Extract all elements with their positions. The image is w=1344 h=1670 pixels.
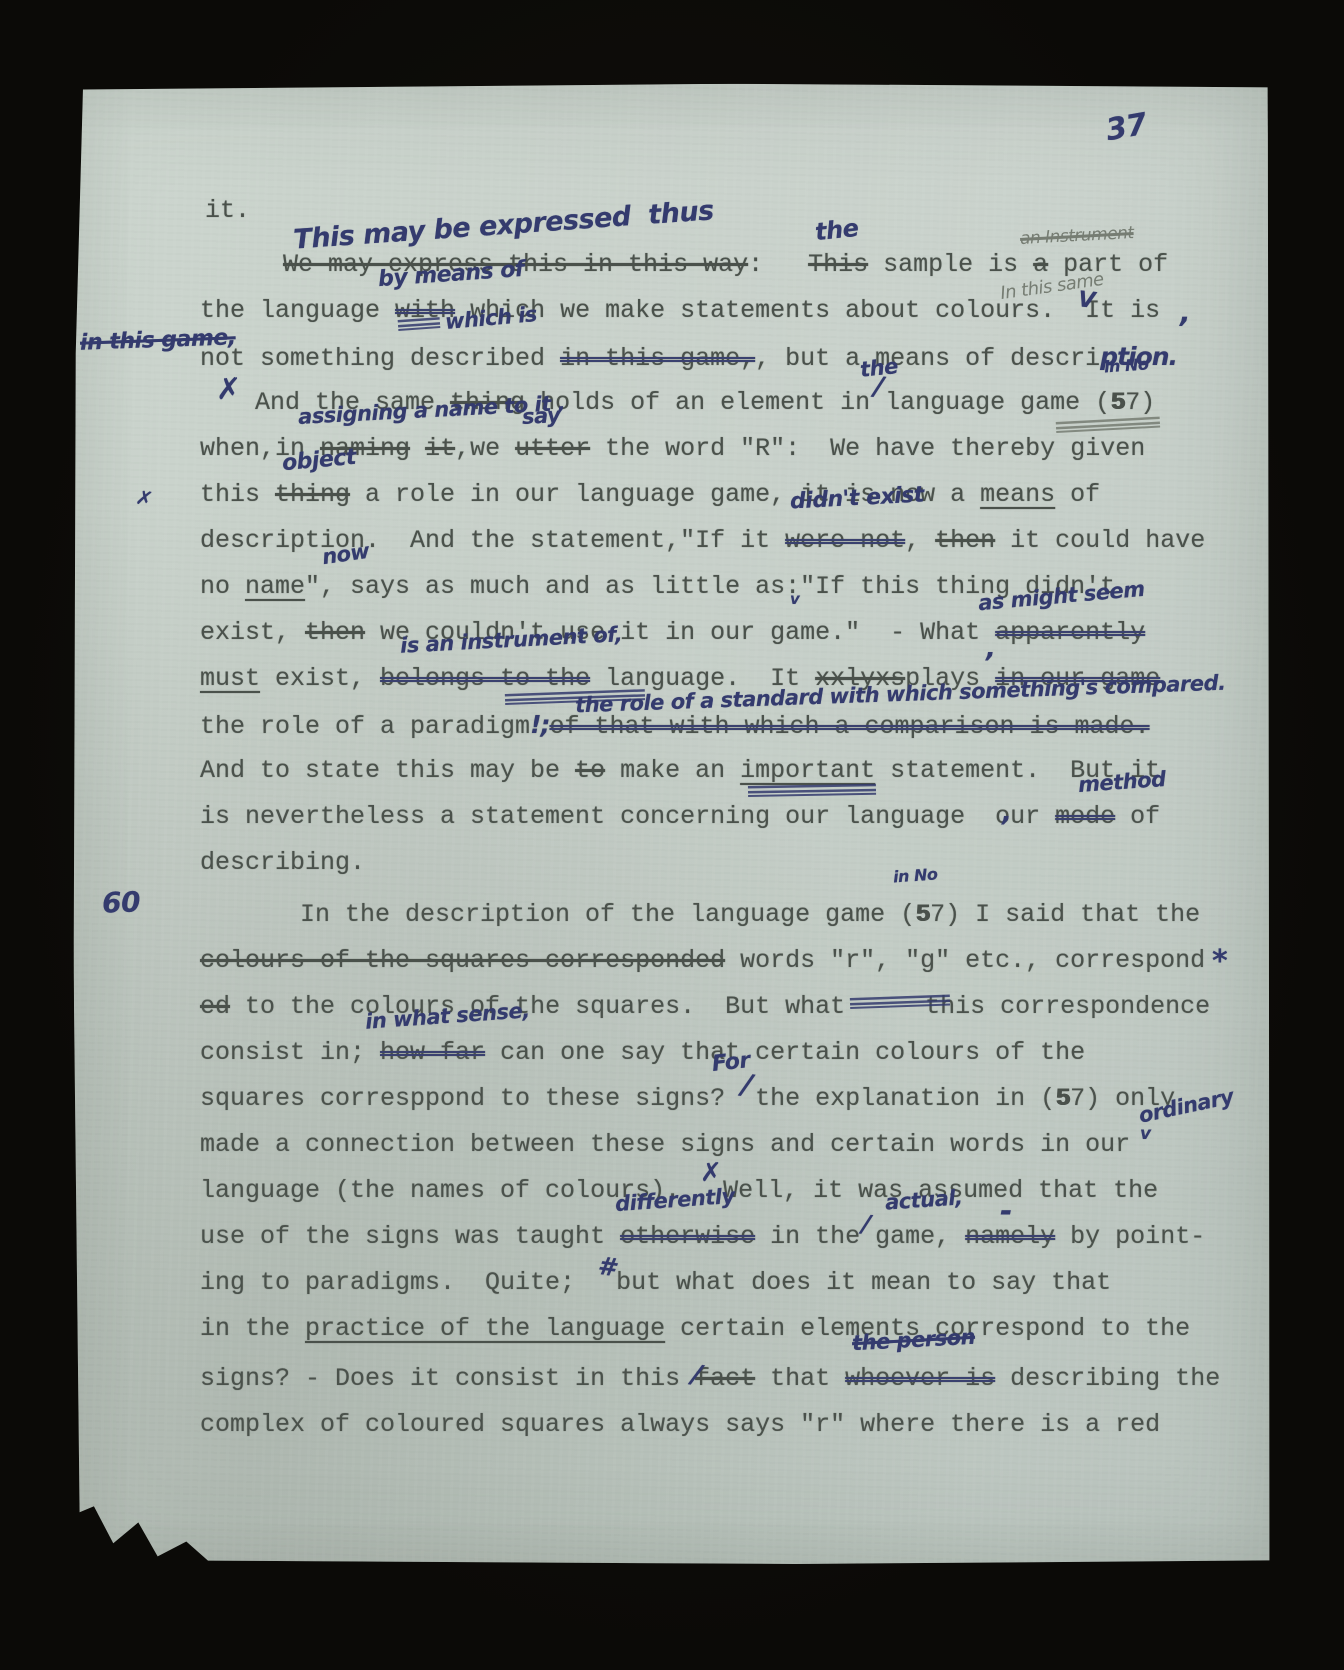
typed-text: by point- xyxy=(1055,1222,1205,1251)
underlined-typed-text: must xyxy=(200,664,260,693)
ink-mark: V xyxy=(1077,287,1096,314)
typed-text: our xyxy=(980,802,1055,831)
ink-struck-text: how far xyxy=(380,1038,485,1067)
bold-overstruck-text: 5 xyxy=(1110,388,1125,417)
typed-text: the role of a paradigm xyxy=(200,712,530,741)
typed-text: signs? - Does it consist in this xyxy=(200,1364,695,1393)
typed-line: ing to paradigms. Quite; but what does i… xyxy=(200,1268,1111,1298)
ink-struck-text: in this game, xyxy=(560,344,755,373)
typed-text: in the xyxy=(200,1314,305,1343)
typed-text: sample is xyxy=(868,250,1033,279)
typed-text: , but a means of descri xyxy=(755,344,1100,373)
typed-text: ,we xyxy=(455,434,515,463)
typed-text: not something described xyxy=(200,344,560,373)
typed-text: it. xyxy=(205,196,250,225)
struck-typed-text: to xyxy=(575,756,605,785)
typed-text: of xyxy=(1115,802,1160,831)
ink-mark: v xyxy=(790,590,799,608)
typed-line: squares corresppond to these signs? the … xyxy=(200,1084,1175,1114)
ink-mark: - xyxy=(1000,1194,1012,1229)
struck-typed-text: utter xyxy=(515,434,590,463)
struck-typed-text: a xyxy=(1033,250,1048,279)
typed-text: it could have xyxy=(995,526,1205,555)
typed-text: words "r", "g" etc., correspond xyxy=(725,946,1205,975)
typed-line: it. xyxy=(205,196,250,226)
typed-text: consist in; xyxy=(200,1038,380,1067)
typed-text: 7) I said that the xyxy=(930,900,1200,929)
handwritten-note: say xyxy=(521,403,560,429)
typed-text: describing the xyxy=(995,1364,1220,1393)
typed-text: It is xyxy=(1055,296,1160,325)
typed-text: made a connection between these signs an… xyxy=(200,1130,1130,1159)
ink-mark: , xyxy=(986,634,995,664)
ink-struck-text: of that with which a comparison is made. xyxy=(549,712,1149,741)
typed-line: describing. xyxy=(200,848,365,878)
ink-mark: , xyxy=(1180,296,1190,329)
typed-text xyxy=(410,434,425,463)
handwritten-note: the xyxy=(814,214,860,246)
struck-typed-text: This xyxy=(808,250,868,279)
typed-line: In the description of the language game … xyxy=(300,900,1200,930)
underlined-typed-text: important xyxy=(740,756,875,785)
ink-mark: * xyxy=(1212,944,1227,979)
typed-text: the explanation in ( xyxy=(755,1084,1055,1113)
bold-overstruck-text: 5 xyxy=(915,900,930,929)
ink-mark: ✗ xyxy=(700,1158,721,1188)
ink-struck-text: apparently xyxy=(995,618,1145,647)
typed-text: make an xyxy=(605,756,740,785)
ink-mark: 60 xyxy=(101,885,140,919)
typed-line: this thing a role in our language game, … xyxy=(200,480,1100,510)
ink-struck-text: otherwise xyxy=(620,1222,755,1251)
typed-line: consist in; how far can one say that cer… xyxy=(200,1038,1085,1068)
typed-text: this correspondence xyxy=(925,992,1210,1021)
typed-text: can one say that certain colours of the xyxy=(485,1038,1085,1067)
typed-text: , xyxy=(905,526,935,555)
typed-text: that xyxy=(755,1364,845,1393)
underlined-typed-text: name xyxy=(245,572,305,601)
typed-line: exist, then we couldn't use it in our ga… xyxy=(200,618,1145,648)
struck-typed-text: thing xyxy=(275,480,350,509)
typed-text: the language xyxy=(200,296,395,325)
typed-text: which we make statements about colours. xyxy=(455,296,1055,325)
typed-text: the word "R": We have thereby given xyxy=(590,434,1145,463)
ink-struck-text: whoever is xyxy=(845,1364,995,1393)
typed-text: description. And the statement,"If it xyxy=(200,526,785,555)
typed-text: holds of an element in language game ( xyxy=(525,388,1110,417)
typed-text: no xyxy=(200,572,245,601)
ink-mark: v xyxy=(1140,1124,1151,1144)
struck-typed-text: it xyxy=(425,434,455,463)
ink-struck-text: mode xyxy=(1055,802,1115,831)
photo-background: it.We may express this in this way: This… xyxy=(0,0,1344,1670)
typed-line: colours of the squares corresponded word… xyxy=(200,946,1205,976)
typed-text: ing to paradigms. Quite; xyxy=(200,1268,590,1297)
typed-line: ed to the colours of the squares. But wh… xyxy=(200,992,1210,1022)
ink-mark: 37 xyxy=(1103,107,1149,149)
typed-text: to the colours of the squares. But what xyxy=(230,992,845,1021)
typed-line: not something described in this game,, b… xyxy=(200,342,1177,374)
typed-line: complex of coloured squares always says … xyxy=(200,1410,1160,1440)
typed-text: ", says as much and as little as xyxy=(305,572,785,601)
handwritten-note: in No xyxy=(1103,354,1149,376)
ink-struck-text: belongs to the xyxy=(380,664,590,693)
typed-text: And to state this may be xyxy=(200,756,575,785)
typed-text: describing. xyxy=(200,848,365,877)
struck-typed-text: then xyxy=(305,618,365,647)
typed-text: exist, xyxy=(200,618,305,647)
typed-text: but what does it mean to say that xyxy=(616,1268,1111,1297)
underlined-typed-text: practice of the language xyxy=(305,1314,665,1343)
typed-line: in the practice of the language certain … xyxy=(200,1314,1190,1344)
typed-text: In the description of the language game … xyxy=(300,900,915,929)
ink-mark: , xyxy=(1002,798,1011,828)
handwritten-note: in No xyxy=(892,864,938,886)
typed-text: : xyxy=(748,250,808,279)
typed-text: of xyxy=(1055,480,1100,509)
scribble-strike xyxy=(748,782,876,798)
typed-text: squares corresppond to these signs? xyxy=(200,1084,755,1113)
typed-text: exist, xyxy=(260,664,380,693)
ink-mark: ✗ xyxy=(216,372,241,407)
typed-line: the role of a paradigm!;of that with whi… xyxy=(200,710,1150,742)
typed-text: is nevertheless a statement concerning o… xyxy=(200,802,980,831)
typed-text: complex of coloured squares always says … xyxy=(200,1410,1160,1439)
typed-line: made a connection between these signs an… xyxy=(200,1130,1130,1160)
typed-text: use of the signs was taught xyxy=(200,1222,620,1251)
typed-text: 7) xyxy=(1125,388,1155,417)
struck-typed-text: then xyxy=(935,526,995,555)
underlined-typed-text: means xyxy=(980,480,1055,509)
struck-typed-text: colours of the squares corresponded xyxy=(200,946,725,975)
typed-text: this xyxy=(200,480,275,509)
typed-line: use of the signs was taught otherwise in… xyxy=(200,1222,1205,1252)
scribble-strike xyxy=(398,315,441,332)
typed-line: signs? - Does it consist in this fact th… xyxy=(200,1364,1220,1394)
ink-struck-text: were not xyxy=(785,526,905,555)
ink-overwrite-text: !; xyxy=(530,710,549,739)
struck-typed-text: ed xyxy=(200,992,230,1021)
typed-line: is nevertheless a statement concerning o… xyxy=(200,802,1160,832)
typed-line: And to state this may be to make an impo… xyxy=(200,756,1160,786)
struck-typed-text: fact xyxy=(695,1364,755,1393)
bold-overstruck-text: 5 xyxy=(1055,1084,1070,1113)
